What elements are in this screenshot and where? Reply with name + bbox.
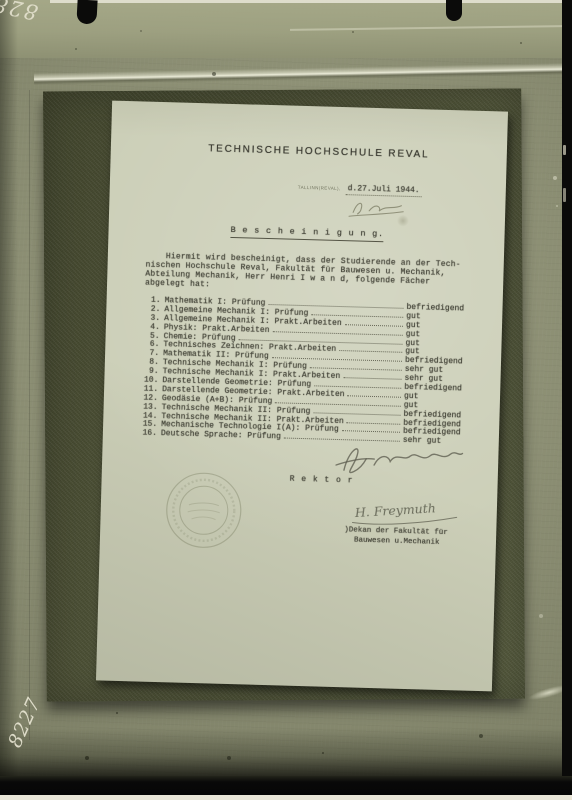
dotted-leader: [345, 324, 403, 327]
film-edge-chip-1: [563, 145, 566, 155]
body-paragraph: Hiermit wird bescheinigt, dass der Studi…: [145, 252, 468, 297]
round-stamp: [158, 464, 250, 556]
board-crease-line: [29, 90, 30, 740]
exam-results-list: 1. Mathematik I: Prüfung befriedigend 2.…: [141, 296, 467, 447]
dotted-leader: [313, 412, 400, 415]
film-top-strip: [50, 0, 563, 3]
paper-stain: [397, 215, 409, 227]
dotted-leader: [342, 431, 400, 434]
certificate-paper: TECHNISCHE HOCHSCHULE REVAL TALLINN(REVA…: [96, 101, 508, 692]
archival-photo-of-certificate: { "photo": { "film_marks": { "top_left":…: [0, 0, 572, 800]
dekan-label-line2: Bauwesen u.Mechanik: [354, 537, 440, 547]
dekan-label-line1: )Dekan der Fakultät für: [344, 526, 448, 537]
film-edge-chip-2: [563, 188, 566, 202]
date-text: d.27.Juli 1944.: [345, 184, 421, 197]
certificate-heading: B e s c h e i n i g u n g.: [230, 225, 384, 242]
dotted-leader: [339, 350, 402, 353]
dotted-leader: [314, 385, 401, 388]
exam-subject: Deutsche Sprache: Prüfung: [161, 429, 281, 441]
letterhead-title: TECHNISCHE HOCHSCHULE REVAL: [111, 141, 517, 163]
exam-number: 16.: [141, 429, 157, 438]
bottom-shadow-band: [0, 728, 563, 778]
dotted-leader: [347, 422, 401, 424]
dotted-leader: [310, 367, 402, 371]
dotted-leader: [343, 377, 401, 380]
board-left-shadow: [0, 0, 18, 779]
film-right-edge: [562, 0, 572, 796]
film-clip-right: [446, 0, 462, 21]
rektor-label: R e k t o r: [290, 475, 354, 486]
dotted-leader: [347, 395, 401, 397]
dateline: TALLINN(REVAL), d.27.Juli 1944.: [298, 183, 422, 197]
film-bottom-edge: [0, 776, 572, 796]
dotted-leader: [311, 314, 403, 318]
place-label: TALLINN(REVAL),: [298, 185, 341, 191]
film-bottom-white-strip: [0, 795, 572, 800]
